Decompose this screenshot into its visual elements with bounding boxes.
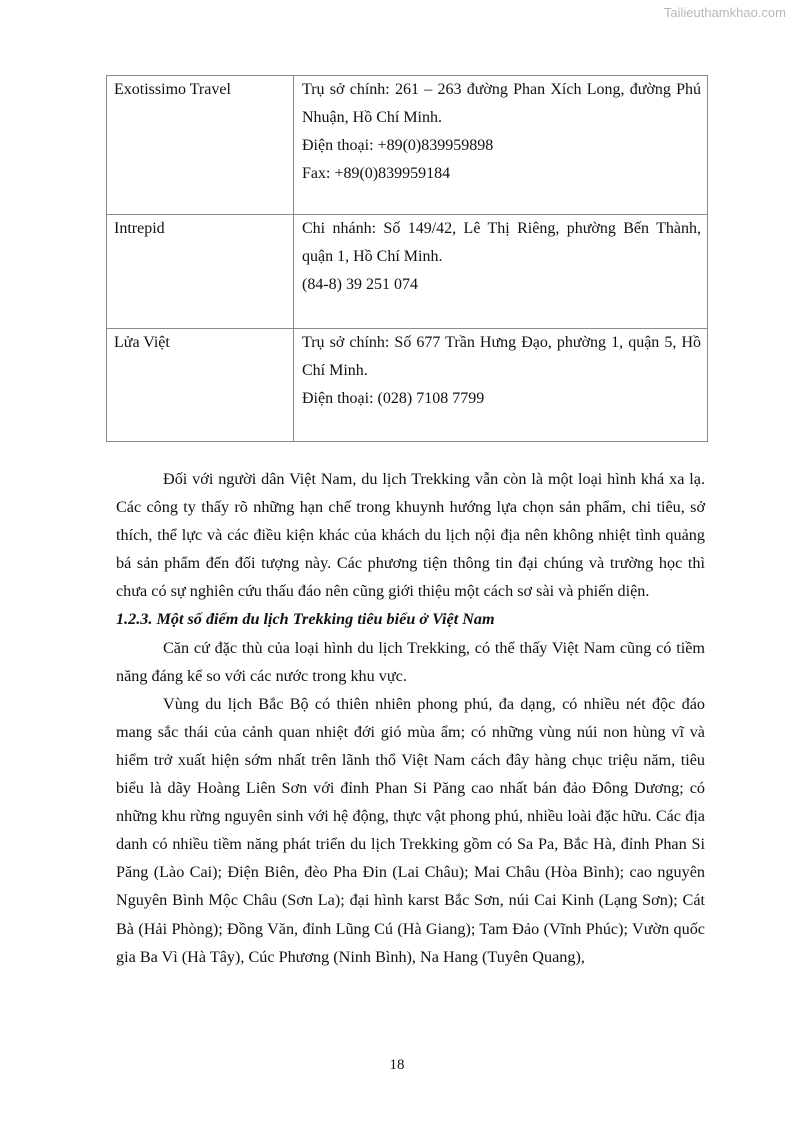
phone-line: (84-8) 39 251 074	[302, 271, 701, 299]
body-text: Đối với người dân Việt Nam, du lịch Trek…	[116, 465, 705, 971]
table-row: Intrepid Chi nhánh: Số 149/42, Lê Thị Ri…	[107, 215, 708, 329]
company-info: Trụ sở chính: Số 677 Trần Hưng Đạo, phườ…	[294, 329, 708, 442]
fax-line: Fax: +89(0)839959184	[302, 160, 701, 188]
address-line: Trụ sở chính: 261 – 263 đường Phan Xích …	[302, 76, 701, 132]
section-heading: 1.2.3. Một số điểm du lịch Trekking tiêu…	[116, 605, 705, 633]
table-row: Lửa Việt Trụ sở chính: Số 677 Trần Hưng …	[107, 329, 708, 442]
company-info: Trụ sở chính: 261 – 263 đường Phan Xích …	[294, 76, 708, 215]
watermark: Tailieuthamkhao.com	[664, 5, 786, 20]
company-name: Intrepid	[107, 215, 294, 329]
company-name: Exotissimo Travel	[107, 76, 294, 215]
paragraph: Căn cứ đặc thù của loại hình du lịch Tre…	[116, 634, 705, 690]
company-info: Chi nhánh: Số 149/42, Lê Thị Riêng, phườ…	[294, 215, 708, 329]
page-number: 18	[0, 1057, 794, 1074]
paragraph: Vùng du lịch Bắc Bộ có thiên nhiên phong…	[116, 690, 705, 971]
paragraph: Đối với người dân Việt Nam, du lịch Trek…	[116, 465, 705, 605]
phone-line: Điện thoại: +89(0)839959898	[302, 132, 701, 160]
company-name: Lửa Việt	[107, 329, 294, 442]
table-row: Exotissimo Travel Trụ sở chính: 261 – 26…	[107, 76, 708, 215]
company-table: Exotissimo Travel Trụ sở chính: 261 – 26…	[106, 75, 708, 442]
phone-line: Điện thoại: (028) 7108 7799	[302, 385, 701, 413]
address-line: Chi nhánh: Số 149/42, Lê Thị Riêng, phườ…	[302, 215, 701, 271]
address-line: Trụ sở chính: Số 677 Trần Hưng Đạo, phườ…	[302, 329, 701, 385]
